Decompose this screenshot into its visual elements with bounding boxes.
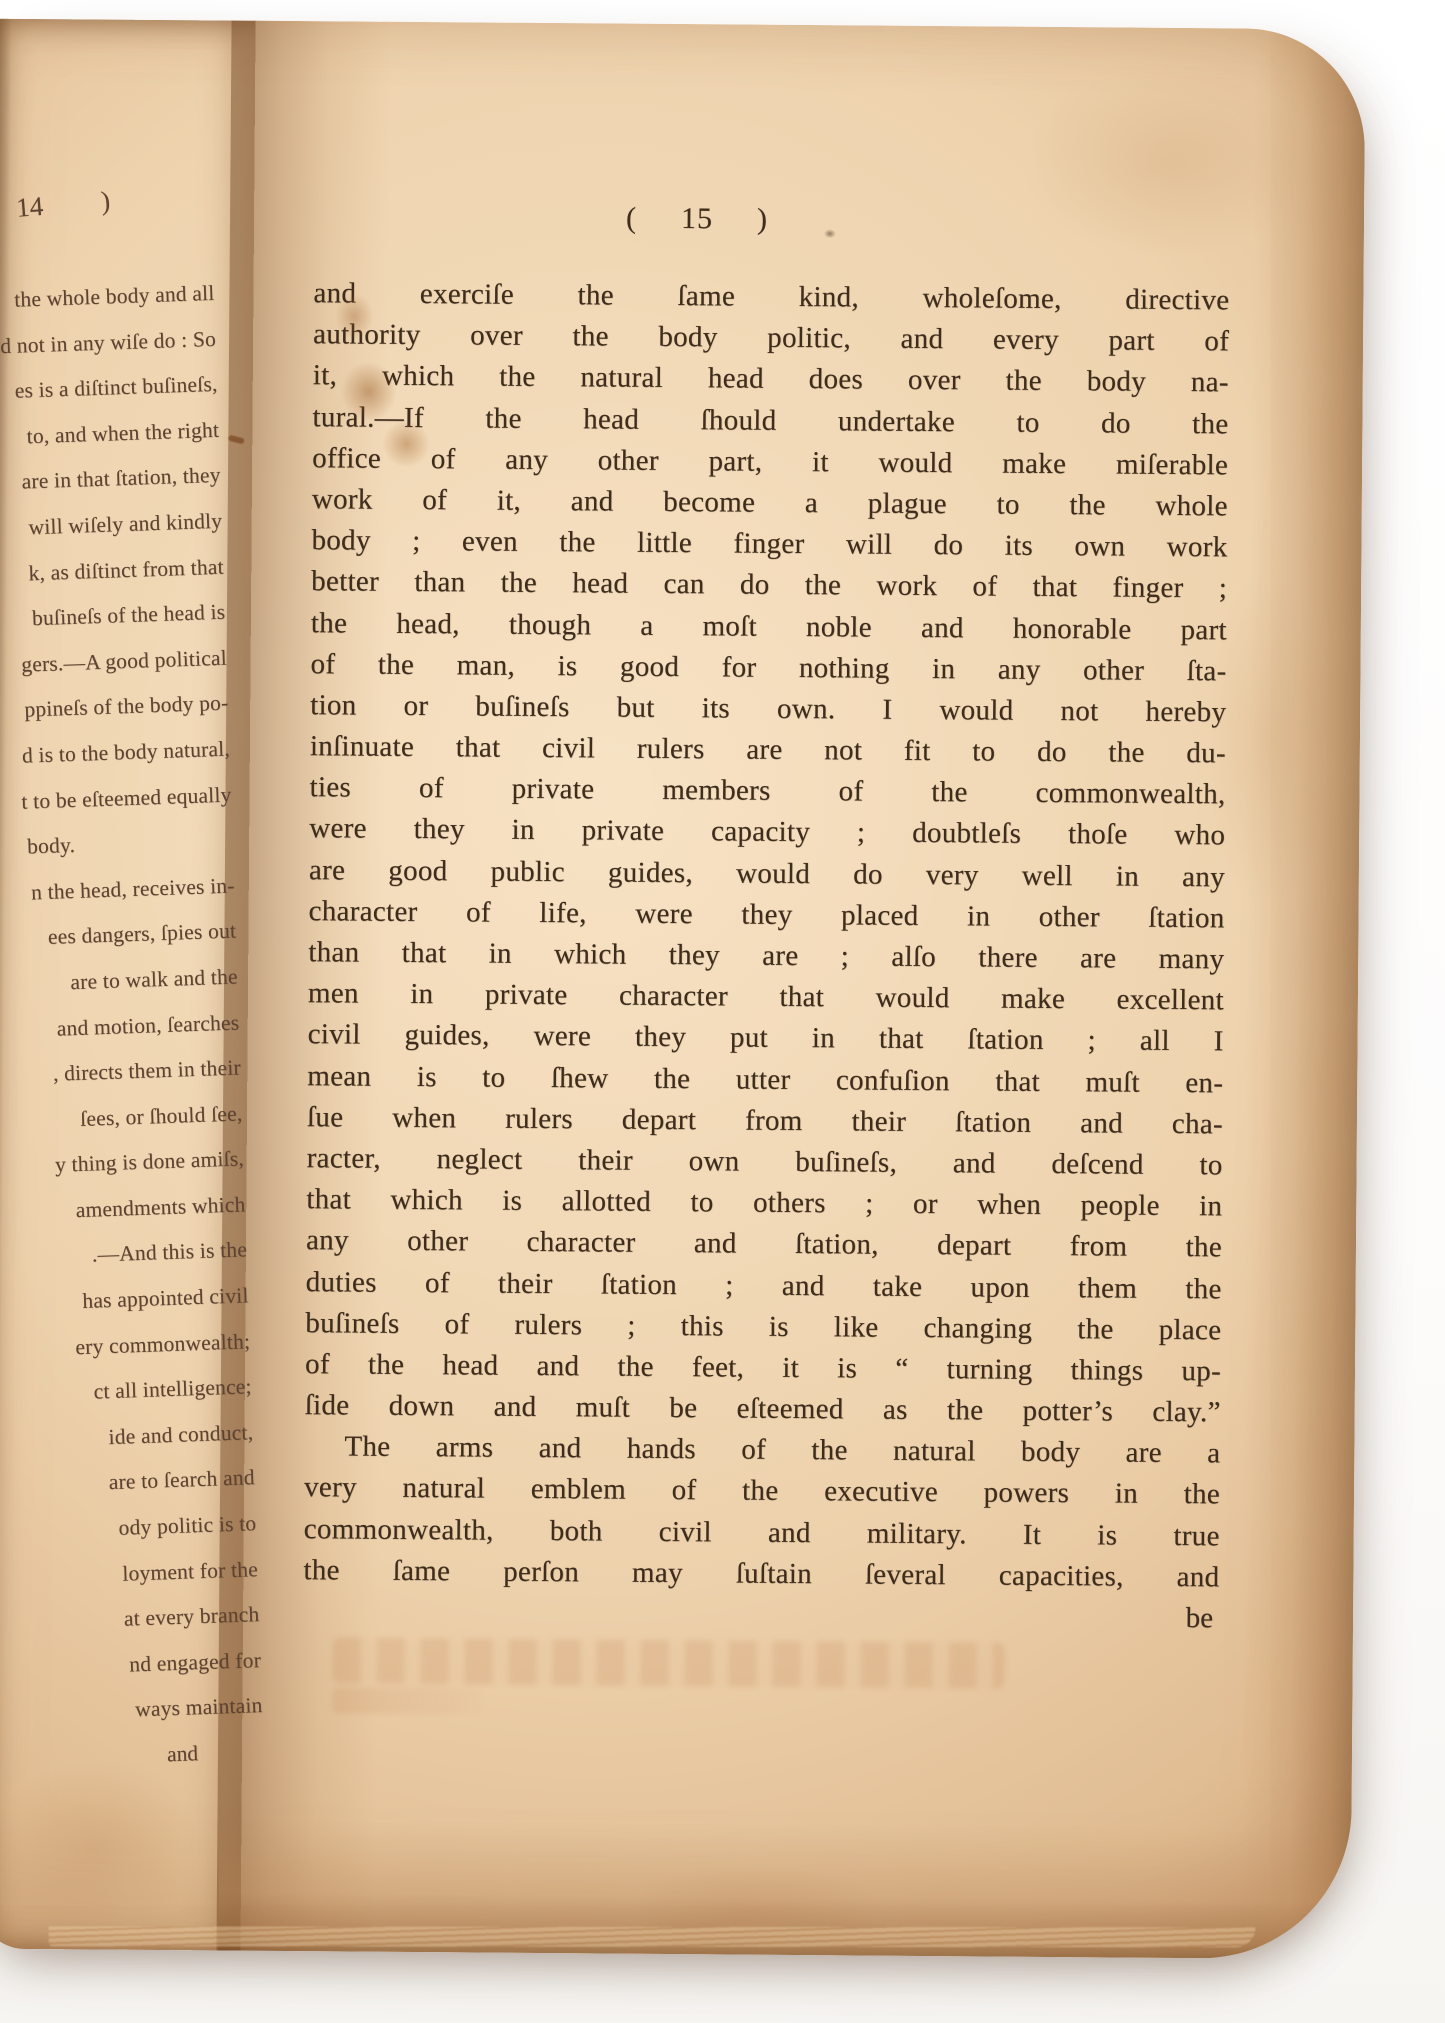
text-line-fragment: ct all intelligence; (93, 1364, 252, 1415)
text-line: the whole body and all (0, 270, 227, 324)
text-line-content: commonwealth, both civil and military. I… (304, 1509, 1220, 1557)
text-line-fragment: ppineſs of the body po- (24, 681, 229, 734)
text-line: .—And this is the (24, 1227, 259, 1281)
right-catchword: be (303, 1591, 1219, 1639)
open-book: 14) the whole body and alld not in any w… (0, 19, 1366, 1960)
text-line-fragment: y thing is done amiſs, (54, 1137, 244, 1189)
text-line: the head, though a moſt noble and honora… (311, 603, 1227, 651)
text-line: body. (10, 817, 245, 871)
text-line-fragment: ees dangers, ſpies out (47, 909, 237, 961)
text-line: are to walk and the (15, 954, 250, 1008)
text-line: better than the head can do the work of … (311, 561, 1227, 609)
text-line-fragment: has appointed civil (82, 1273, 250, 1324)
text-line-fragment: .—And this is the (91, 1228, 248, 1279)
text-line-content: that which is allotted to others ; or wh… (306, 1179, 1222, 1227)
text-line-fragment: are in that ſtation, they (21, 453, 221, 505)
text-line: of the man, is good for nothing in any o… (310, 644, 1226, 692)
text-line: tural.—If the head ſhould undertake to d… (312, 397, 1228, 445)
show-through-text (332, 1687, 482, 1714)
stacked-leaf-edges (49, 1926, 1256, 1947)
text-line-content: civil guides, were they put in that ſtat… (307, 1015, 1223, 1063)
text-line: it, which the natural head does over the… (313, 356, 1229, 404)
text-line: civil guides, were they put in that ſtat… (307, 1015, 1223, 1063)
text-line-content: mean is to ſhew the utter confuſion that… (307, 1056, 1223, 1104)
text-line-fragment: amendments which (75, 1182, 246, 1233)
text-line: men in private character that would make… (308, 973, 1224, 1021)
text-line-content: of the head and the feet, it is “ turnin… (305, 1344, 1221, 1392)
text-line: are in that ſtation, they (0, 453, 233, 507)
text-line: commonwealth, both civil and military. I… (304, 1509, 1220, 1557)
text-line: ct all intelligence; (29, 1364, 264, 1418)
text-line-fragment: es is a diſtinct buſineſs, (14, 362, 218, 414)
text-line: tion or buſineſs but its own. I would no… (310, 685, 1226, 733)
text-line: any other character and ſtation, depart … (306, 1220, 1222, 1268)
text-line: ſees, or ſhould ſee, (20, 1091, 255, 1145)
text-line: that which is allotted to others ; or wh… (306, 1179, 1222, 1227)
text-line-content: ſide down and muſt be eſteemed as the po… (305, 1385, 1221, 1433)
text-line-content: racter, neglect their own buſineſs, and … (306, 1138, 1222, 1186)
text-line-content: tion or buſineſs but its own. I would no… (310, 685, 1226, 733)
text-line: d is to the body natural, (7, 726, 242, 780)
header-paren-open: ( (626, 202, 637, 246)
text-line-content: were they in private capacity ; doubtleſ… (309, 809, 1225, 857)
text-line-fragment: are to walk and the (70, 954, 239, 1005)
text-line: racter, neglect their own buſineſs, and … (306, 1138, 1222, 1186)
text-line: ſue when rulers depart from their ſtatio… (307, 1097, 1223, 1145)
text-line-content: the head, though a moſt noble and honora… (311, 603, 1227, 651)
text-line-fragment: nd engaged for (129, 1638, 262, 1688)
text-line-content: buſineſs of rulers ; this is like changi… (305, 1303, 1221, 1351)
text-line-content: than that in which they are ; alſo there… (308, 932, 1224, 980)
text-line: ppineſs of the body po- (6, 681, 241, 735)
text-line-fragment: will wiſely and kindly (28, 499, 223, 551)
text-line-content: authority over the body politic, and eve… (313, 314, 1229, 362)
text-line: than that in which they are ; alſo there… (308, 932, 1224, 980)
text-line-fragment: are to ſearch and (108, 1456, 256, 1507)
text-line: to, and when the right (0, 407, 232, 461)
text-line-fragment: the whole body and all (14, 271, 216, 323)
left-catchword: and (41, 1729, 276, 1783)
text-line-content: ſue when rulers depart from their ſtatio… (307, 1097, 1223, 1145)
text-line-fragment: loyment for the (122, 1547, 259, 1597)
text-line-content: inſinuate that civil rulers are not fit … (310, 726, 1226, 774)
text-line-fragment: to, and when the right (26, 408, 220, 460)
text-line: are to ſearch and (32, 1455, 267, 1509)
text-line-content: of the man, is good for nothing in any o… (310, 644, 1226, 692)
text-line-fragment: gers.—A good political (21, 635, 228, 688)
text-line: gers.—A good political (4, 635, 239, 689)
text-line-fragment: t to be eſteemed equally (21, 772, 233, 825)
text-line-content: better than the head can do the work of … (311, 561, 1227, 609)
text-line: body ; even the little finger will do it… (311, 520, 1227, 568)
text-line-content: character of life, were they placed in o… (308, 891, 1224, 939)
text-line-fragment: and motion, ſearches (56, 1000, 240, 1052)
header-paren-close: ) (757, 203, 768, 247)
text-line: ways maintain (40, 1683, 275, 1737)
right-page-header: (15) (314, 199, 1230, 250)
right-page-number: 15 (681, 202, 713, 246)
text-line-fragment: k, as diſtinct from that (28, 544, 225, 596)
text-line: y thing is done amiſs, (21, 1136, 256, 1190)
text-line-fragment: buſineſs of the head is (31, 590, 226, 642)
text-line: ody politic is to (34, 1501, 269, 1555)
text-line: ties of private members of the commonwea… (309, 767, 1225, 815)
text-line: and motion, ſearches (17, 1000, 252, 1054)
text-line: nd engaged for (38, 1637, 273, 1691)
header-gap (637, 202, 681, 246)
text-line-fragment: d is to the body natural, (21, 727, 230, 780)
text-line-content: and exerciſe the ſame kind, wholeſome, d… (313, 273, 1229, 321)
text-line: has appointed civil (26, 1273, 261, 1327)
text-line-content: work of it, and become a plague to the w… (312, 479, 1228, 527)
text-line: inſinuate that civil rulers are not fit … (310, 726, 1226, 774)
text-line-content: body ; even the little finger will do it… (311, 520, 1227, 568)
text-line-fragment: , directs them in their (52, 1046, 241, 1098)
text-line: character of life, were they placed in o… (308, 891, 1224, 939)
text-line-content: any other character and ſtation, depart … (306, 1220, 1222, 1268)
text-line: authority over the body politic, and eve… (313, 314, 1229, 362)
text-line: duties of their ſtation ; and take upon … (306, 1262, 1222, 1310)
text-line: ees dangers, ſpies out (13, 908, 248, 962)
text-line-content: ties of private members of the commonwea… (309, 767, 1225, 815)
text-line-content: men in private character that would make… (308, 973, 1224, 1021)
text-line-fragment: ways maintain (134, 1683, 263, 1733)
text-line-fragment: d not in any wiſe do : So (0, 316, 217, 369)
text-line: es is a diſtinct buſineſs, (0, 362, 230, 416)
text-line-content: duties of their ſtation ; and take upon … (306, 1262, 1222, 1310)
text-line: buſineſs of the head is (3, 589, 238, 643)
text-line: amendments which (23, 1182, 258, 1236)
paragraph-1: and exerciſe the ſame kind, wholeſome, d… (305, 273, 1230, 1433)
text-line: were they in private capacity ; doubtleſ… (309, 809, 1225, 857)
text-line-fragment: body. (26, 823, 76, 870)
text-line: buſineſs of rulers ; this is like changi… (305, 1303, 1221, 1351)
text-line: at every branch (37, 1592, 272, 1646)
text-line: work of it, and become a plague to the w… (312, 479, 1228, 527)
text-line: and exerciſe the ſame kind, wholeſome, d… (313, 273, 1229, 321)
book-photo: 14) the whole body and alld not in any w… (0, 0, 1445, 2023)
text-line-content: the ſame perſon may ſuſtain ſeveral capa… (303, 1550, 1219, 1598)
text-line-fragment: at every branch (123, 1592, 260, 1642)
left-page-number: 14 (15, 191, 44, 223)
show-through-text (333, 1637, 1005, 1688)
text-line: t to be eſteemed equally (9, 772, 244, 826)
text-line-fragment: ſees, or ſhould ſee, (79, 1091, 243, 1142)
text-line: mean is to ſhew the utter confuſion that… (307, 1056, 1223, 1104)
text-line-content: very natural emblem of the executive pow… (304, 1468, 1220, 1516)
header-gap (44, 210, 102, 215)
text-line-content: office of any other part, it would make … (312, 438, 1228, 486)
text-line-content: are good public guides, would do very we… (309, 850, 1225, 898)
text-line: office of any other part, it would make … (312, 438, 1228, 486)
text-line: ery commonwealth; (27, 1319, 262, 1373)
text-line: the ſame perſon may ſuſtain ſeveral capa… (303, 1550, 1219, 1598)
text-line-content: The arms and hands of the natural body a… (304, 1426, 1220, 1474)
text-line: of the head and the feet, it is “ turnin… (305, 1344, 1221, 1392)
text-line-fragment: ide and conduct, (108, 1410, 254, 1460)
text-line: k, as diſtinct from that (1, 544, 236, 598)
text-line: loyment for the (35, 1546, 270, 1600)
text-line: ide and conduct, (31, 1410, 266, 1464)
text-line: very natural emblem of the executive pow… (304, 1468, 1220, 1516)
text-line: , directs them in their (18, 1045, 253, 1099)
text-line: are good public guides, would do very we… (309, 850, 1225, 898)
text-line: ſide down and muſt be eſteemed as the po… (305, 1385, 1221, 1433)
text-line: d not in any wiſe do : So (0, 316, 229, 370)
right-page-text: and exerciſe the ſame kind, wholeſome, d… (303, 273, 1230, 1639)
text-line: will wiſely and kindly (0, 498, 235, 552)
paragraph-2: The arms and hands of the natural body a… (303, 1426, 1220, 1598)
text-line-fragment: ody politic is to (118, 1501, 257, 1551)
text-line-fragment: n the head, receives in- (30, 863, 235, 915)
text-line: The arms and hands of the natural body a… (304, 1426, 1220, 1474)
header-gap (713, 202, 757, 246)
page-fore-edge (1238, 29, 1365, 1960)
text-line: n the head, receives in- (12, 863, 247, 917)
text-line-fragment: ery commonwealth; (75, 1319, 251, 1371)
text-line-content: it, which the natural head does over the… (313, 356, 1229, 404)
text-line-content: tural.—If the head ſhould undertake to d… (312, 397, 1228, 445)
